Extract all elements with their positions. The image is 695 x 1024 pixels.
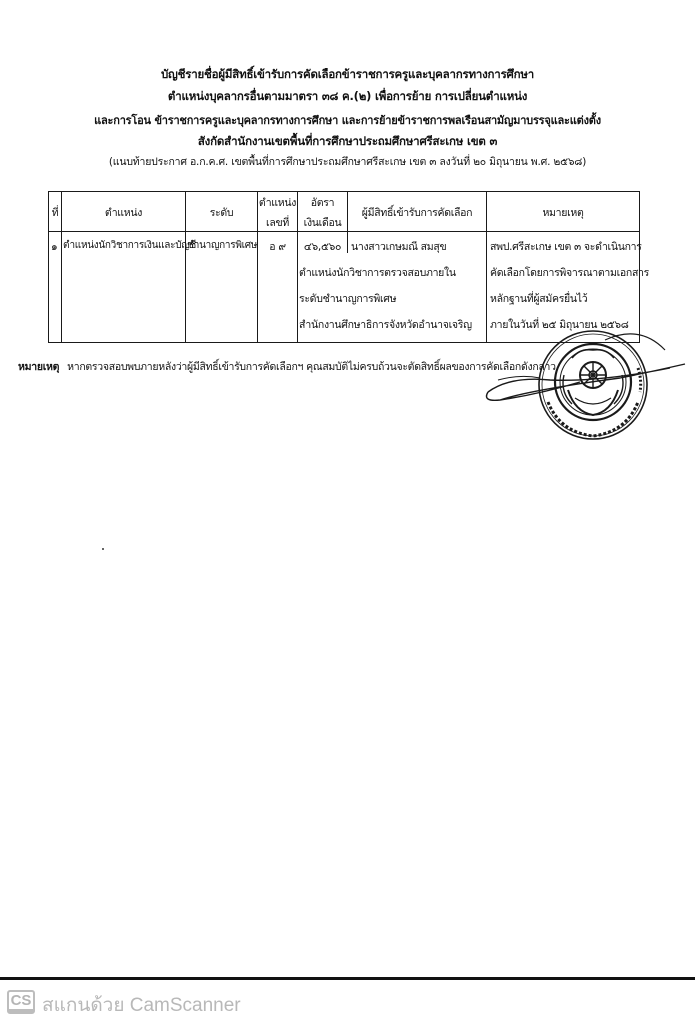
header-nominee: ผู้มีสิทธิ์เข้ารับการคัดเลือก	[348, 204, 486, 221]
official-seal-icon	[480, 320, 690, 450]
header-remarks: หมายเหตุ	[487, 204, 639, 221]
header-salary-2: เงินเดือน	[298, 214, 347, 231]
row-remarks-line-2: คัดเลือกโดยการพิจารณาตามเอกสาร	[490, 264, 649, 281]
scan-speck	[102, 548, 104, 550]
document-title-line-4: สังกัดสำนักงานเขตพื้นที่การศึกษาประถมศึก…	[0, 133, 695, 151]
row-nominee-office: สำนักงานศึกษาธิการจังหวัดอำนาจเจริญ	[299, 316, 472, 333]
row-no: ๑	[51, 238, 57, 255]
document-title-line-2: ตำแหน่งบุคลากรอื่นตามมาตรา ๓๘ ค.(๒) เพื่…	[0, 88, 695, 106]
row-position-number: อ ๙	[258, 238, 297, 255]
header-position-number-2: เลขที่	[258, 214, 297, 231]
row-nominee-position: ตำแหน่งนักวิชาการตรวจสอบภายใน	[299, 264, 456, 281]
row-nominee-name: นางสาวเกษมณี สมสุข	[351, 238, 446, 255]
footnote: หมายเหตุหากตรวจสอบพบภายหลังว่าผู้มีสิทธิ…	[18, 358, 556, 375]
document-title-line-1: บัญชีรายชื่อผู้มีสิทธิ์เข้ารับการคัดเลือ…	[0, 66, 695, 84]
row-nominee-level: ระดับชำนาญการพิเศษ	[299, 290, 396, 307]
row-position: ตำแหน่งนักวิชาการเงินและบัญชี	[63, 238, 196, 253]
camscanner-logo-icon: CS	[7, 990, 35, 1014]
row-salary: ๔๖,๕๖๐	[298, 238, 347, 255]
camscanner-watermark: สแกนด้วย CamScanner	[42, 990, 241, 1020]
row-level: ชำนาญการพิเศษ	[187, 238, 257, 253]
scan-edge-line	[0, 977, 695, 980]
header-level: ระดับ	[186, 204, 257, 221]
header-position-number-1: ตำแหน่ง	[258, 194, 297, 211]
table-header-divider	[48, 231, 640, 232]
document-subtitle: (แนบท้ายประกาศ อ.ก.ค.ศ. เขตพื้นที่การศึก…	[0, 153, 695, 170]
col-divider-salary	[347, 191, 348, 253]
table-border-top	[48, 191, 640, 192]
header-position: ตำแหน่ง	[62, 204, 185, 221]
row-remarks-line-3: หลักฐานที่ผู้สมัครยื่นไว้	[490, 290, 587, 307]
document-title-line-3: และการโอน ข้าราชการครูและบุคลากรทางการศึ…	[0, 111, 695, 129]
row-remarks-line-1: สพป.ศรีสะเกษ เขต ๓ จะดำเนินการ	[490, 238, 642, 255]
header-no: ที่	[49, 204, 61, 221]
header-salary-1: อัตรา	[298, 194, 347, 211]
footnote-label: หมายเหตุ	[18, 361, 59, 373]
